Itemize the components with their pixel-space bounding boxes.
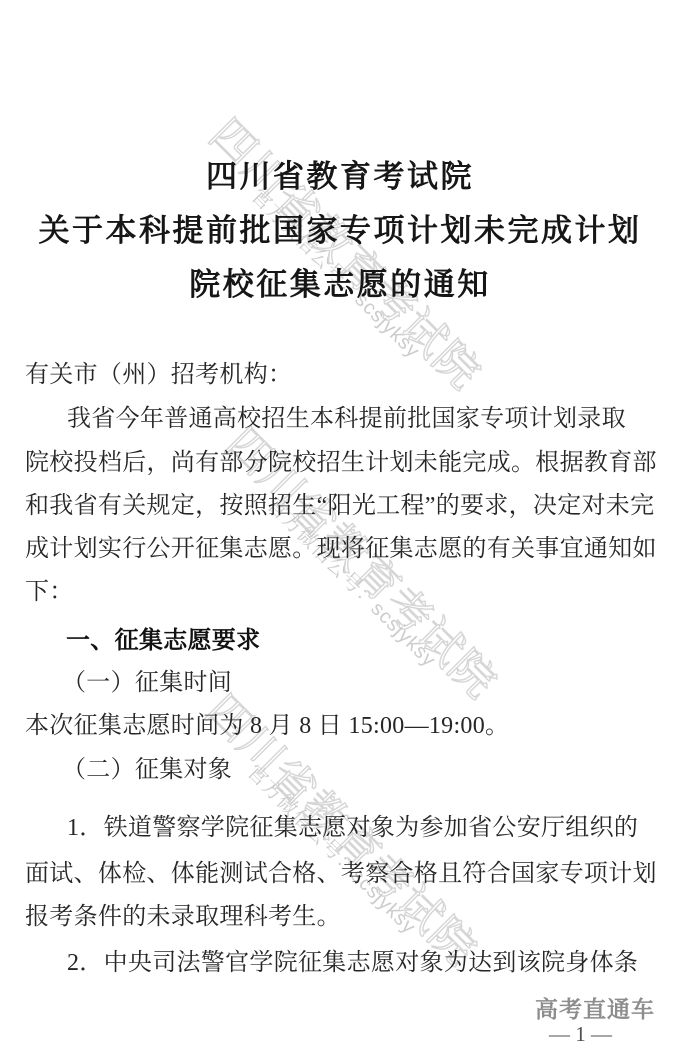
paragraph-line: 我省今年普通高校招生本科提前批国家专项计划录取 bbox=[67, 404, 626, 434]
paragraph-line: 院校投档后，尚有部分院校招生计划未能完成。根据教育部 bbox=[25, 448, 657, 478]
title-line-subject: 关于本科提前批国家专项计划未完成计划 bbox=[0, 204, 680, 258]
list-item-1-line: 面试、体检、体能测试合格、考察合格且符合国家专项计划 bbox=[25, 859, 657, 889]
page-number: — 1 — bbox=[549, 1022, 612, 1047]
collection-time-line: 本次征集志愿时间为 8 月 8 日 15:00—19:00。 bbox=[25, 711, 509, 741]
list-item-1-line: 报考条件的未录取理科考生。 bbox=[25, 902, 341, 932]
paragraph-line: 成计划实行公开征集志愿。现将征集志愿的有关事宜通知如 bbox=[25, 534, 657, 564]
paragraph-line: 和我省有关规定，按照招生“阳光工程”的要求，决定对未完 bbox=[25, 491, 654, 521]
title-line-issuer: 四川省教育考试院 bbox=[0, 150, 680, 204]
footer-brand: 高考直通车 bbox=[535, 991, 655, 1024]
subsection-label-time: （一）征集时间 bbox=[62, 668, 232, 698]
notice-page: 四川省教育考试院 官方微信公号：scsjyksy 四川省教育考试院 官方微信公号… bbox=[0, 0, 680, 1048]
list-item-1-line: 1．铁道警察学院征集志愿对象为参加省公安厅组织的 bbox=[67, 813, 638, 843]
salutation-line: 有关市（州）招考机构： bbox=[25, 360, 292, 390]
subsection-label-target: （二）征集对象 bbox=[62, 755, 232, 785]
paragraph-line: 下： bbox=[25, 577, 74, 607]
title-line-notice: 院校征集志愿的通知 bbox=[0, 258, 680, 312]
document-content: 四川省教育考试院 关于本科提前批国家专项计划未完成计划 院校征集志愿的通知 有关… bbox=[0, 0, 680, 1048]
document-title: 四川省教育考试院 关于本科提前批国家专项计划未完成计划 院校征集志愿的通知 bbox=[0, 150, 680, 312]
section-heading: 一、征集志愿要求 bbox=[66, 626, 260, 656]
list-item-2-line: 2．中央司法警官学院征集志愿对象为达到该院身体条 bbox=[67, 948, 638, 978]
